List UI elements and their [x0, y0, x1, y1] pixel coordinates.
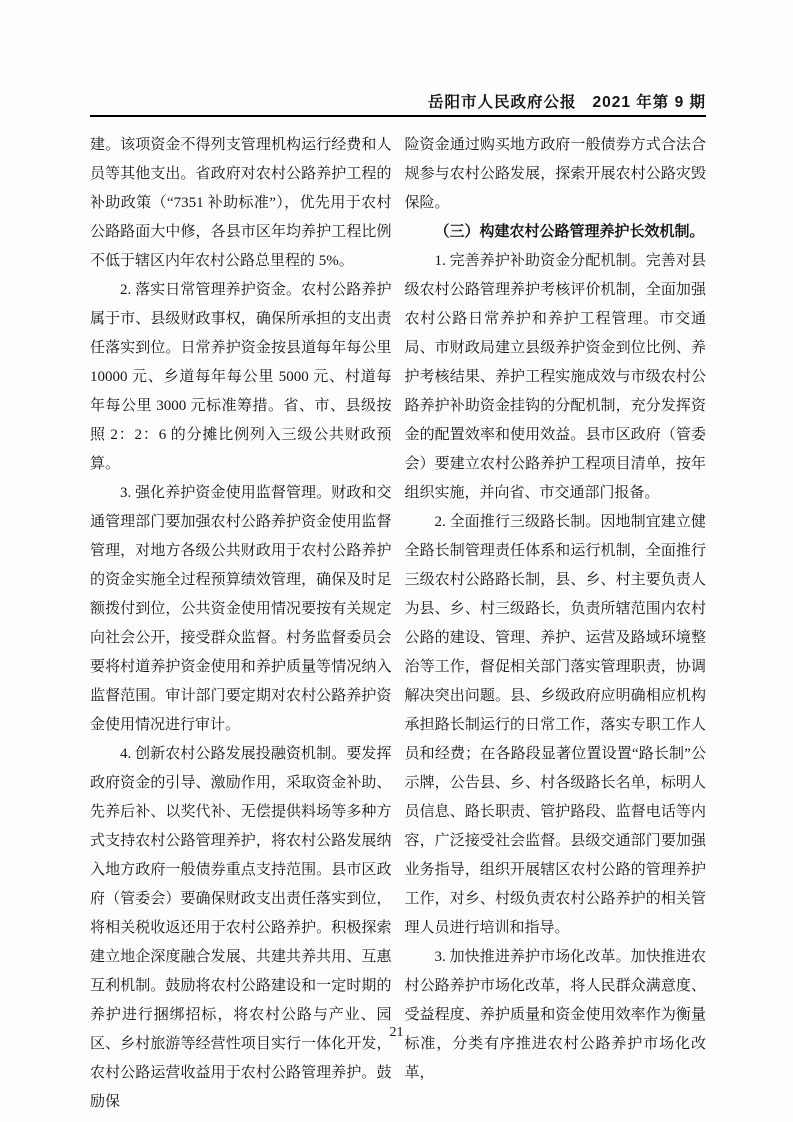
paragraph: 3. 加快推进养护市场化改革。加快推进农村公路养护市场化改革，将人民群众满意度、…	[405, 943, 707, 1088]
issue-label: 2021 年第 9 期	[592, 90, 706, 112]
paragraph: 1. 完善养护补助资金分配机制。完善对县级农村公路管理养护考核评价机制，全面加强…	[405, 247, 707, 508]
page-header: 岳阳市人民政府公报 2021 年第 9 期	[90, 0, 706, 116]
page-number: 21	[0, 1025, 793, 1041]
gazette-page: 岳阳市人民政府公报 2021 年第 9 期 建。该项资金不得列支管理机构运行经费…	[0, 0, 793, 1122]
paragraph: 险资金通过购买地方政府一般债券方式合法合规参与农村公路发展，探索开展农村公路灾毁…	[405, 131, 707, 218]
paragraph: 3. 强化养护资金使用监督管理。财政和交通管理部门要加强农村公路养护资金使用监督…	[90, 479, 392, 740]
left-column: 建。该项资金不得列支管理机构运行经费和人员等其他支出。省政府对农村公路养护工程的…	[90, 131, 392, 1117]
paragraph: 2. 落实日常管理养护资金。农村公路养护属于市、县级财政事权，确保所承担的支出责…	[90, 276, 392, 479]
right-column: 险资金通过购买地方政府一般债券方式合法合规参与农村公路发展，探索开展农村公路灾毁…	[405, 131, 707, 1117]
header-rule	[90, 115, 706, 117]
paragraph: 建。该项资金不得列支管理机构运行经费和人员等其他支出。省政府对农村公路养护工程的…	[90, 131, 392, 276]
paragraph: 4. 创新农村公路发展投融资机制。要发挥政府资金的引导、激励作用，采取资金补助、…	[90, 740, 392, 1117]
paragraph: 2. 全面推行三级路长制。因地制宜建立健全路长制管理责任体系和运行机制，全面推行…	[405, 508, 707, 943]
body-columns: 建。该项资金不得列支管理机构运行经费和人员等其他支出。省政府对农村公路养护工程的…	[90, 131, 706, 1117]
gazette-title: 岳阳市人民政府公报	[428, 90, 577, 112]
section-heading: （三）构建农村公路管理养护长效机制。	[405, 218, 707, 247]
